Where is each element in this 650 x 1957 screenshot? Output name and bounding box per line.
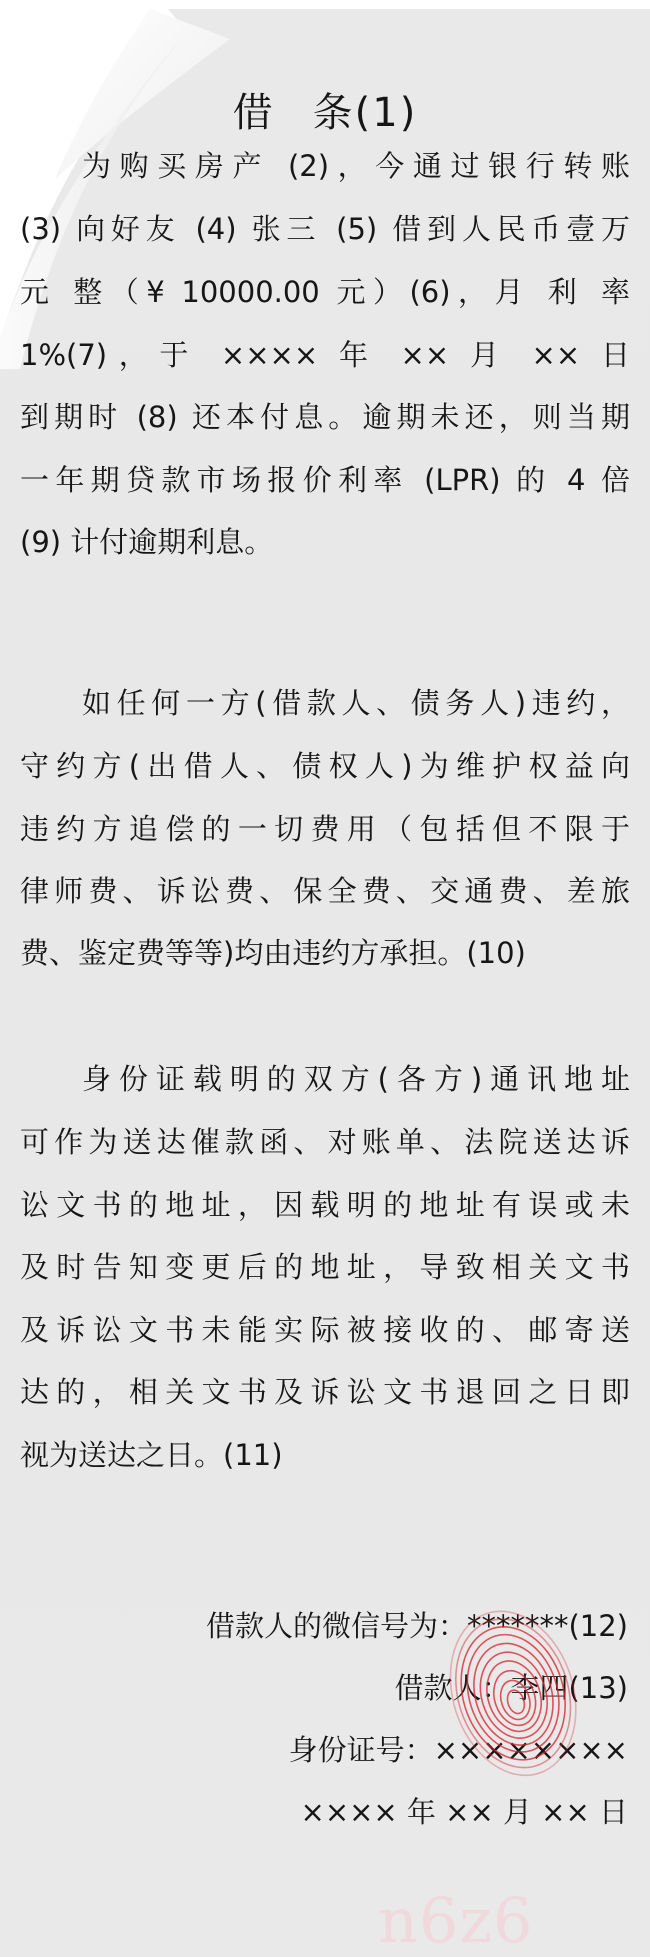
text-line: (9) 计付逾期利息。	[20, 522, 630, 562]
document-title: 借条(1)	[0, 81, 650, 138]
id-number-line: 身份证号：××××××××	[289, 1730, 628, 1770]
text-line: (3) 向好友 (4) 张三 (5) 借到人民币壹万	[20, 209, 630, 249]
text-line: 视为送达之日。(11)	[20, 1435, 630, 1475]
text-line: 身份证载明的双方(各方)通讯地址	[82, 1059, 630, 1099]
wechat-id-line: 借款人的微信号为：*******(12)	[206, 1606, 628, 1646]
title-char-1: 借	[233, 90, 275, 136]
title-char-2: 条(1)	[313, 90, 418, 136]
paper-sheet: 借条(1) 为购买房产 (2)，今通过银行转账 (3) 向好友 (4) 张三 (…	[0, 9, 650, 1957]
text-line: 达的，相关文书及诉讼文书退回之日即	[20, 1372, 630, 1412]
text-line: 费、鉴定费等等)均由违约方承担。(10)	[20, 933, 630, 973]
watermark: n6z6	[378, 1884, 534, 1957]
text-line: 及诉讼文书未能实际被接收的、邮寄送	[20, 1310, 630, 1350]
text-line: 到期时 (8) 还本付息。逾期未还，则当期	[20, 397, 630, 437]
text-line: 一年期贷款市场报价利率 (LPR) 的 4 倍	[20, 460, 630, 500]
text-line: 讼文书的地址，因载明的地址有误或未	[20, 1185, 630, 1225]
page-curl-decoration	[0, 9, 240, 369]
text-line: 元 整（¥ 10000.00 元）(6)，月 利 率	[20, 272, 630, 312]
text-line: 为购买房产 (2)，今通过银行转账	[82, 146, 630, 186]
text-line: 1%(7)，于 ×××× 年 ×× 月 ×× 日	[20, 335, 630, 375]
text-line: 可作为送达催款函、对账单、法院送达诉	[20, 1122, 630, 1162]
text-line: 守约方(出借人、债权人)为维护权益向	[20, 746, 630, 786]
text-line: 律师费、诉讼费、保全费、交通费、差旅	[20, 871, 630, 911]
text-line: 及时告知变更后的地址，导致相关文书	[20, 1247, 630, 1287]
date-line: ×××× 年 ×× 月 ×× 日	[301, 1792, 628, 1832]
text-line: 如任何一方(借款人、债务人)违约，	[82, 683, 630, 723]
text-line: 违约方追偿的一切费用（包括但不限于	[20, 809, 630, 849]
borrower-name-line: 借款人：李四(13)	[394, 1668, 628, 1708]
